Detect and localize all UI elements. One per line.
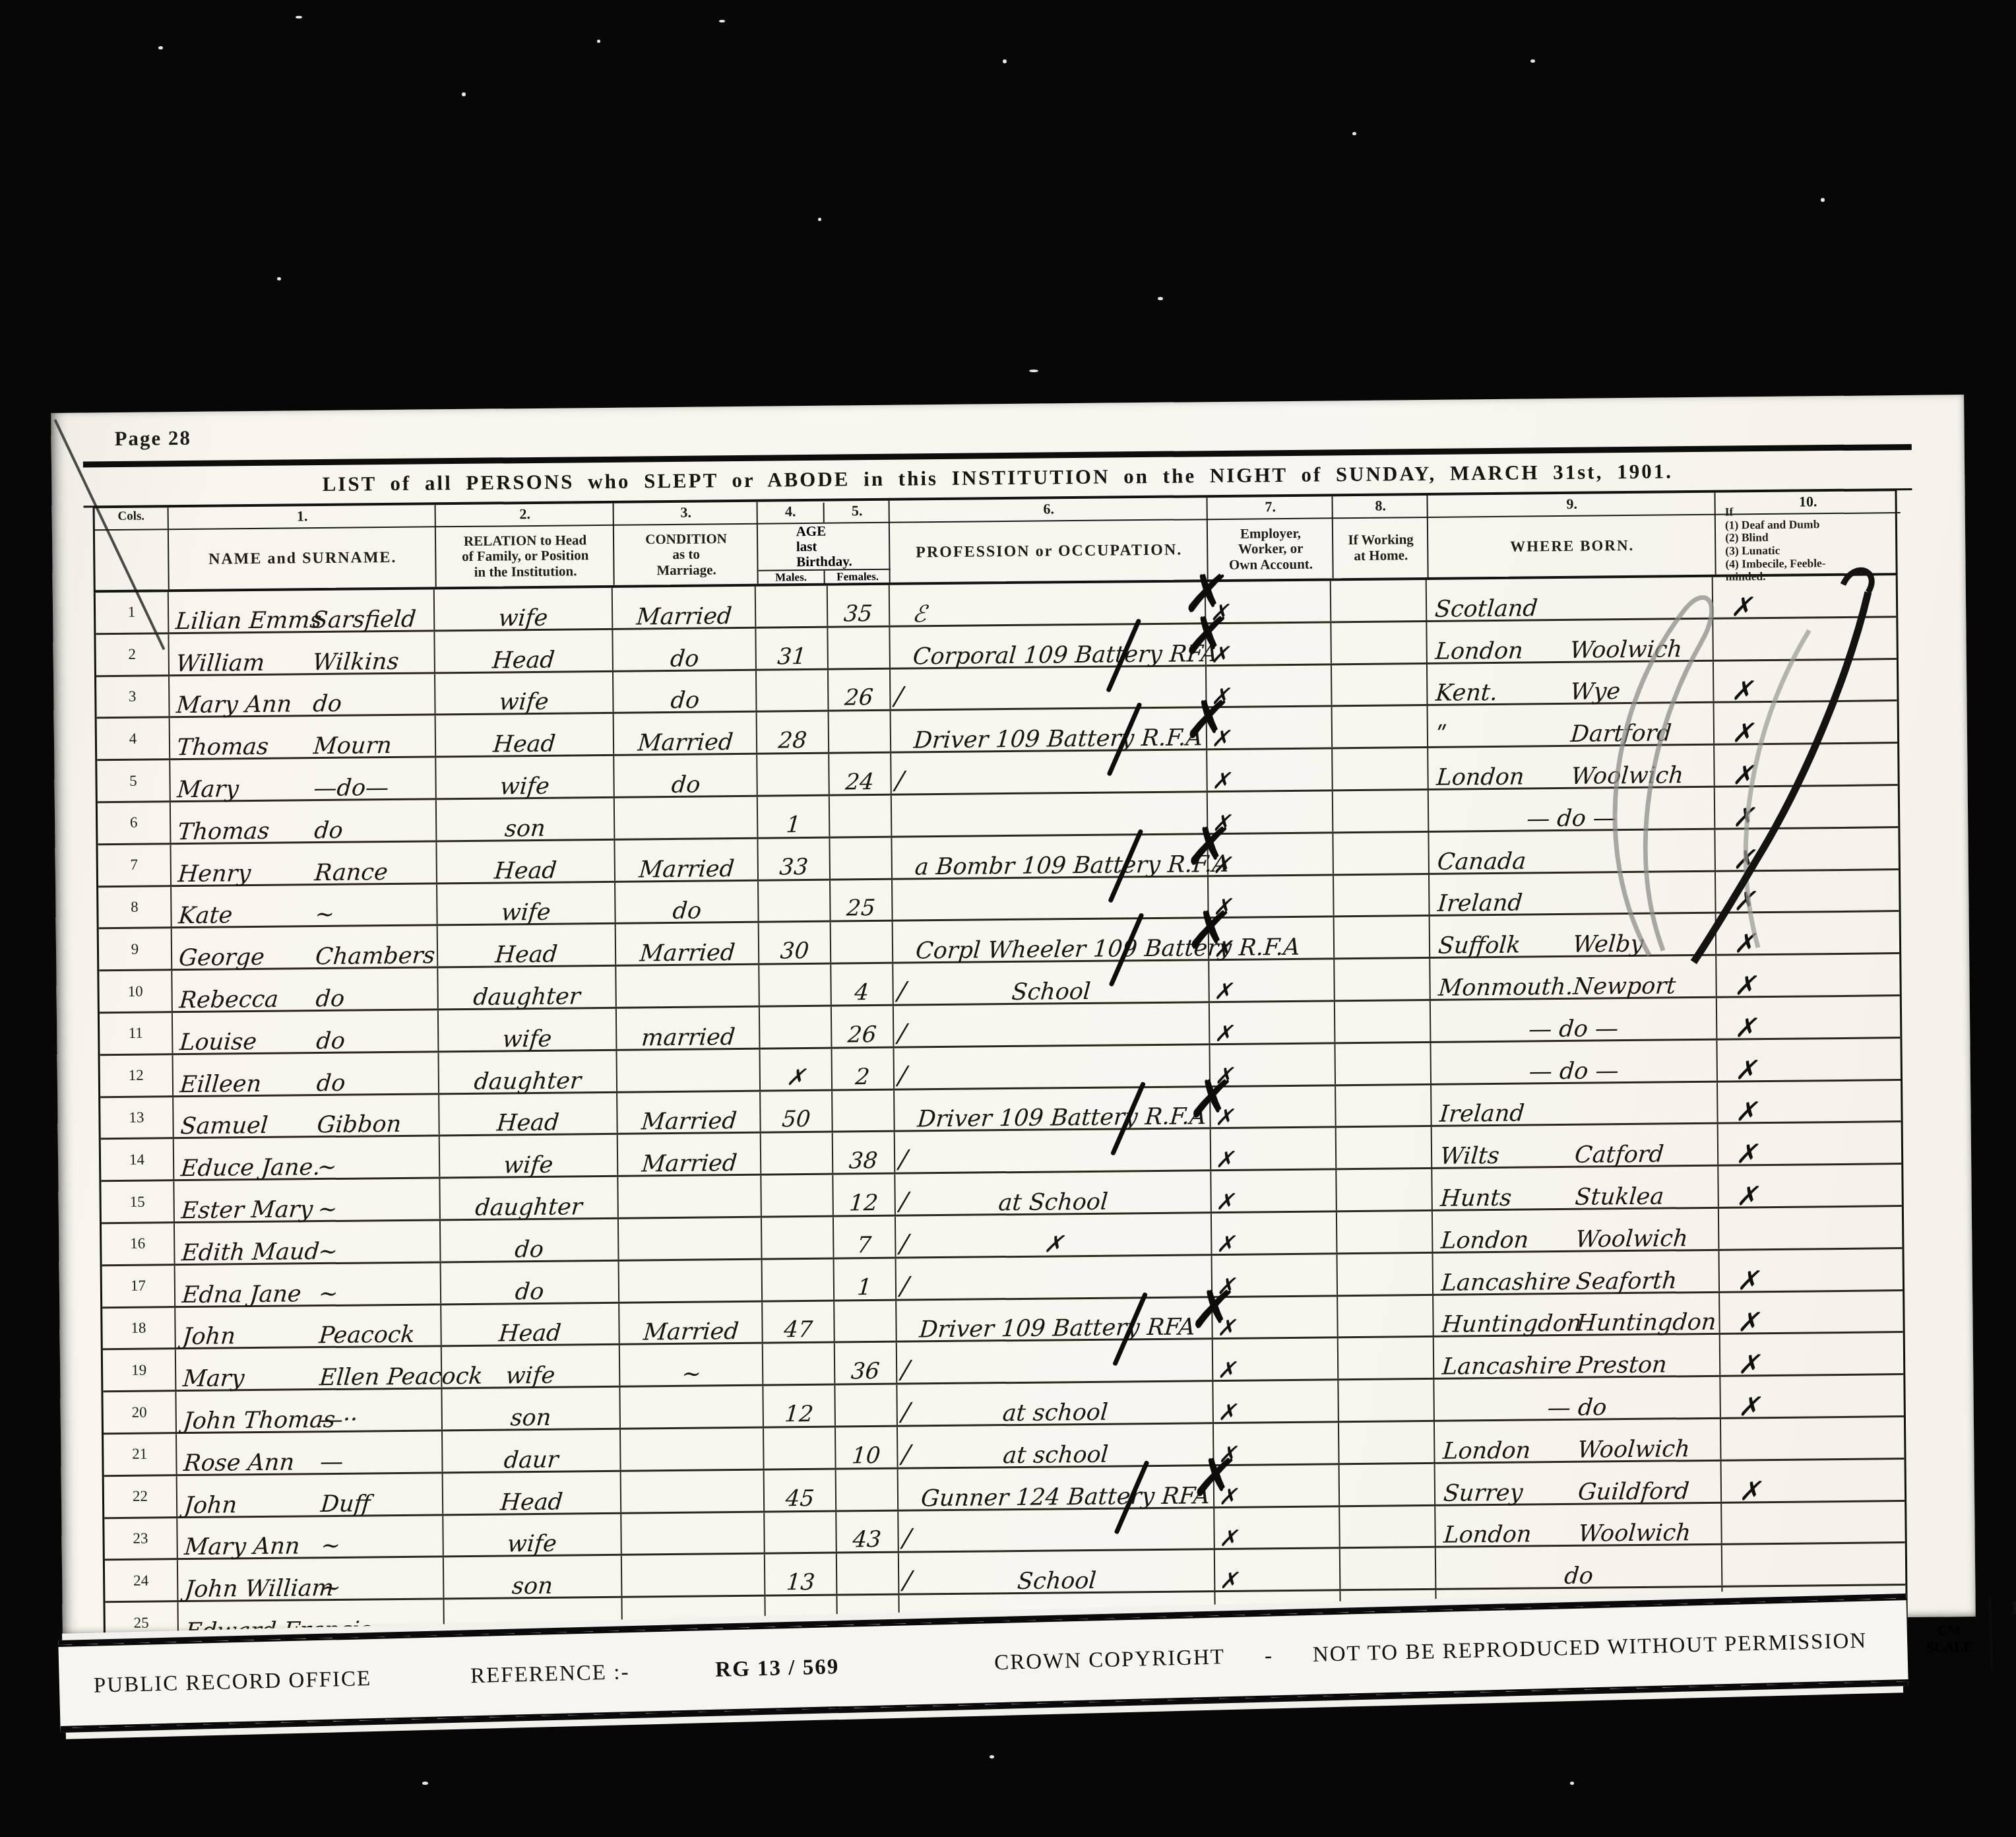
where-born-cell: Ireland [1430, 1082, 1717, 1125]
occupation-cell: / [893, 1045, 1209, 1088]
working-at-home-cell [1337, 1295, 1432, 1336]
born-county: Suffolk [1437, 932, 1521, 959]
row-number-cell: 14 [101, 1140, 173, 1180]
born-county: London [1435, 764, 1525, 791]
name-given: Samuel [179, 1112, 269, 1140]
age-female-cell [836, 1553, 898, 1594]
relation-value: son [436, 815, 615, 843]
age-female-value: 35 [827, 600, 889, 628]
occupation-cell: Gunner 124 Battery RFA [897, 1466, 1213, 1509]
infirmity-x-mark: ✗ [1734, 971, 1756, 1001]
age-female-value: 26 [828, 684, 890, 711]
row-number-cell: 6 [98, 802, 170, 843]
header-name: 1. NAME and SURNAME. [168, 505, 437, 589]
condition-value: Married [614, 855, 759, 883]
occupation-cell: Driver 109 Battery R.F.A [893, 1087, 1210, 1130]
age-male-cell [764, 1512, 836, 1553]
working-at-home-cell [1330, 622, 1426, 663]
working-at-home-cell [1337, 1254, 1432, 1295]
employer-cell: ✗✗ [1209, 1086, 1335, 1128]
condition-value: do [612, 687, 757, 715]
header-occupation: 6. PROFESSION or OCCUPATION. [889, 498, 1209, 583]
infirmity-cell [1720, 1417, 1905, 1459]
infirmity-x-mark: ✗ [1732, 802, 1755, 833]
pro-office-label: PUBLIC RECORD OFFICE [94, 1667, 372, 1698]
employer-x-mark: ✗ [1217, 1357, 1236, 1384]
age-male-cell [763, 1428, 835, 1469]
age-female-cell: 12 [833, 1175, 895, 1215]
condition-cell: Married [618, 1302, 762, 1343]
age-male-cell: 45 [763, 1469, 836, 1510]
infirmity-cell: ✗ [1718, 1249, 1903, 1291]
name-given: Rebecca [178, 986, 279, 1014]
row-number-cell: 13 [100, 1097, 173, 1138]
relation-cell: Head [442, 1471, 620, 1513]
infirmity-cell: ✗ [1718, 1291, 1903, 1333]
born-place: Huntingdon [1575, 1309, 1717, 1337]
row-number-cell: 7 [98, 845, 170, 886]
name-surname: ~ [320, 1575, 341, 1601]
where-born-cell: LondonWoolwich [1433, 1419, 1720, 1462]
where-born-cell: LondonWoolwich [1434, 1503, 1720, 1546]
occupation-cell: Corpl Wheeler 109 Battery R.F.A [891, 919, 1208, 962]
col8-number: 8. [1333, 497, 1428, 519]
employer-x-mark: ✗ [1216, 1189, 1235, 1215]
working-at-home-cell [1333, 833, 1428, 874]
col1-number: 1. [169, 506, 436, 530]
occupation-cell: Driver 109 Battery RFA [895, 1298, 1212, 1341]
age-male-cell: 13 [764, 1554, 836, 1595]
infirmity-x-mark: ✗ [1734, 1013, 1757, 1043]
born-place: Guildford [1577, 1478, 1690, 1506]
name-given: Henry [177, 860, 251, 887]
condition-cell [617, 1218, 761, 1260]
col4-number: 4. [758, 503, 823, 523]
relation-value: Head [436, 856, 615, 885]
name-given: John Thomas [182, 1407, 336, 1434]
condition-value: Married [617, 1150, 761, 1178]
crossed-out-mark: ✗ [1187, 1280, 1239, 1339]
relation-cell: Head [437, 924, 615, 966]
age-male-cell: 28 [756, 712, 829, 753]
age-male-cell: 33 [757, 838, 830, 879]
crossed-out-mark: ✗ [1189, 1448, 1241, 1508]
infirmity-cell: ✗ [1715, 954, 1900, 996]
relation-value: wife [438, 1025, 617, 1054]
born-place: Newport [1572, 973, 1677, 1000]
col8-label: If Working at Home. [1333, 518, 1429, 578]
relation-cell: Head [433, 630, 612, 672]
name-surname: Gibbon [316, 1111, 402, 1138]
age-male-value: 13 [765, 1569, 837, 1596]
employer-x-mark: ✗ [1218, 1526, 1238, 1552]
born-place: Dartford [1569, 721, 1672, 748]
age-female-value: 10 [835, 1442, 897, 1469]
employer-x-mark: ✗ [1219, 1568, 1238, 1594]
born-county: Wilts [1439, 1143, 1500, 1170]
infirmity-x-mark: ✗ [1731, 676, 1753, 707]
occupation-cell: /at school [896, 1382, 1213, 1425]
condition-value: married [615, 1023, 760, 1051]
crown-copyright-label: CROWN COPYRIGHT [994, 1645, 1226, 1675]
age-male-cell [762, 1343, 835, 1384]
where-born-cell: — do — [1428, 788, 1714, 831]
col3-label: CONDITION as to Marriage. [614, 525, 759, 585]
age-male-cell: ✗ [759, 1048, 832, 1089]
born-place: Seaforth [1575, 1268, 1678, 1295]
name-cell: John Thomas—·· [175, 1389, 441, 1432]
born-county: Monmouth. [1437, 974, 1574, 1002]
where-born-cell: Kent.Wye [1426, 661, 1713, 704]
occupation-slash: / [901, 1524, 912, 1553]
condition-cell: do [612, 670, 756, 712]
row-number-cell: 4 [97, 719, 170, 759]
name-given: Edith Maud [181, 1239, 321, 1266]
where-born-cell: HuntsStuklea [1431, 1167, 1717, 1209]
name-surname: Duff [319, 1491, 371, 1518]
working-at-home-cell [1338, 1380, 1433, 1421]
relation-cell: daughter [438, 1051, 616, 1093]
condition-cell [613, 797, 757, 839]
working-at-home-cell [1334, 1001, 1430, 1042]
employer-cell: ✗ [1210, 1128, 1336, 1170]
where-born-cell: — do [1433, 1377, 1719, 1420]
age-female-cell [830, 922, 892, 963]
relation-cell: Head [436, 841, 614, 882]
age-females-label: Females. [824, 570, 891, 584]
name-given: Louise [179, 1029, 258, 1056]
relation-value: wife [435, 688, 614, 717]
condition-cell: married [615, 1008, 759, 1049]
col3-number: 3. [614, 503, 758, 526]
born-place: Catford [1573, 1142, 1664, 1169]
infirmity-cell: ✗ [1711, 575, 1896, 617]
infirmity-cell: ✗ [1713, 702, 1897, 744]
age-male-cell [761, 1259, 834, 1300]
occupation-value: School [893, 977, 1210, 1007]
name-surname: Mourn [312, 732, 393, 759]
where-born-cell: do [1435, 1545, 1721, 1588]
crossed-out-mark: ✗ [1185, 1070, 1237, 1129]
census-table: Cols. 1. NAME and SURNAME. 2. RELATION t… [93, 489, 1908, 1683]
relation-value: Head [441, 1320, 619, 1348]
row-number-cell: 24 [105, 1561, 177, 1601]
age-male-cell [761, 1217, 833, 1258]
where-born-cell: SuffolkWelby [1428, 914, 1715, 957]
employer-cell: ✗✗ [1213, 1465, 1339, 1506]
infirmity-x-mark: ✗ [1733, 928, 1755, 959]
infirmity-cell: ✗ [1715, 912, 1899, 953]
census-sheet: Page 28 LIST of all PERSONS who SLEPT or… [51, 395, 1976, 1635]
name-given: John William [184, 1575, 335, 1603]
name-given: Educe Jane. [180, 1154, 321, 1182]
name-given: Mary [176, 776, 239, 803]
infirmity-cell: ✗ [1713, 744, 1898, 785]
condition-cell [617, 1260, 761, 1301]
age-male-cell: 31 [755, 628, 828, 668]
born-county: London [1443, 1522, 1532, 1549]
relation-value: daughter [439, 1194, 618, 1222]
age-male-value: 31 [756, 643, 829, 670]
relation-value: wife [437, 899, 615, 927]
born-place: — do — [1430, 1056, 1717, 1085]
employer-cell: ✗✗ [1206, 707, 1332, 749]
name-cell: Edith Maud~ [173, 1221, 440, 1264]
row-number-cell: 16 [102, 1223, 174, 1264]
age-female-cell [832, 1090, 894, 1131]
col2-number: 2. [436, 505, 614, 528]
relation-cell: wife [442, 1514, 620, 1555]
col9-number: 9. [1428, 494, 1715, 518]
employer-x-mark: ✗ [1218, 1400, 1237, 1426]
col9-label: WHERE BORN. [1428, 515, 1717, 577]
relation-value: Head [434, 646, 613, 674]
born-place: — do — [1430, 1015, 1717, 1044]
age-female-cell [835, 1385, 897, 1426]
occupation-cell: Driver 109 Battery R.F.A [889, 709, 1206, 752]
employer-cell: ✗ [1208, 960, 1334, 1002]
where-born-cell: Monmouth.Newport [1429, 956, 1715, 999]
infirmity-cell: ✗ [1715, 996, 1900, 1038]
age-female-cell [835, 1469, 897, 1510]
occupation-slash: / [897, 1018, 907, 1047]
name-surname: Chambers [314, 943, 435, 971]
age-male-value: ✗ [760, 1064, 833, 1091]
name-cell: Mary—do— [169, 758, 435, 801]
name-surname: —do— [313, 775, 390, 802]
condition-cell: ~ [618, 1344, 762, 1386]
condition-cell: Married [616, 1134, 760, 1175]
condition-cell [620, 1512, 764, 1554]
condition-cell: Married [611, 587, 755, 628]
name-given: Mary Ann [183, 1533, 301, 1561]
row-number-cell: 8 [98, 887, 171, 928]
age-male-cell: 1 [757, 796, 829, 837]
cm-ruler: 123456 [1988, 1587, 2016, 1670]
age-male-cell [759, 1007, 831, 1048]
name-surname: —·· [319, 1406, 358, 1433]
employer-x-mark: ✗ [1214, 1021, 1233, 1047]
age-female-cell: 4 [831, 964, 893, 1005]
infirmity-x-mark: ✗ [1738, 1476, 1761, 1506]
row-number-cell: 9 [99, 929, 172, 970]
name-cell: John William~ [177, 1558, 443, 1601]
working-at-home-cell [1332, 790, 1428, 831]
name-surname: — [319, 1449, 344, 1475]
cols-label: Cols. [95, 509, 168, 531]
employer-cell: ✗ [1210, 1170, 1336, 1211]
employer-cell: ✗✗ [1208, 918, 1334, 959]
page-number-label: Page 28 [114, 426, 191, 451]
row-number-cell: 5 [97, 760, 170, 801]
relation-value: wife [443, 1530, 621, 1559]
condition-cell [619, 1429, 763, 1470]
employer-cell: ✗ [1212, 1380, 1338, 1422]
born-place: — do [1433, 1394, 1720, 1423]
occupation-cell: ℰ [888, 582, 1205, 625]
infirmity-x-mark: ✗ [1732, 760, 1754, 790]
reference-value: RG 13 / 569 [715, 1655, 840, 1683]
infirmity-cell: ✗ [1717, 1165, 1902, 1206]
col7-number: 7. [1208, 498, 1333, 520]
condition-cell [619, 1470, 763, 1512]
infirmity-cell: ✗ [1713, 786, 1898, 827]
condition-cell [619, 1386, 763, 1428]
employer-cell: ✗ [1211, 1212, 1337, 1254]
working-at-home-cell [1337, 1337, 1433, 1378]
age-female-value: 36 [835, 1358, 897, 1385]
header-home: 8. If Working at Home. [1331, 496, 1428, 578]
age-female-cell [829, 838, 891, 879]
infirmity-x-mark: ✗ [1734, 1055, 1757, 1085]
condition-cell: Married [614, 839, 757, 880]
occupation-value: at School [895, 1188, 1212, 1217]
occupation-cell: / [893, 1130, 1210, 1173]
infirmity-cell: ✗ [1720, 1460, 1905, 1501]
infirmity-x-mark: ✗ [1730, 592, 1753, 622]
relation-value: wife [439, 1151, 618, 1180]
name-cell: SamuelGibbon [172, 1095, 439, 1138]
header-cols: Cols. [95, 507, 168, 590]
age-female-cell: 35 [827, 585, 889, 626]
name-surname: do [315, 1027, 346, 1054]
name-surname: do [313, 818, 344, 844]
scale-label: SCALE [1926, 1638, 1973, 1657]
infirmity-cell: ✗ [1714, 828, 1899, 870]
occupation-value: Gunner 124 Battery RFA [920, 1483, 1211, 1512]
col6-number: 6. [890, 499, 1208, 523]
occupation-value: Corporal 109 Battery RFA [912, 641, 1218, 670]
name-given: George [178, 944, 266, 971]
employer-x-mark: ✗ [1213, 979, 1232, 1005]
age-male-value: 12 [763, 1401, 836, 1428]
working-at-home-cell [1335, 1043, 1430, 1084]
working-at-home-cell [1333, 917, 1429, 957]
relation-value: daughter [437, 983, 616, 1012]
name-surname: ~ [320, 1533, 341, 1559]
occupation-slash: / [898, 1145, 908, 1174]
name-given: Mary [182, 1365, 245, 1392]
infirmity-x-mark: ✗ [1733, 887, 1755, 917]
occupation-value: Driver 109 Battery R.F.A [916, 1104, 1207, 1133]
name-surname: ~ [314, 901, 335, 928]
occupation-cell: /at School [894, 1171, 1211, 1214]
where-born-cell: — do — [1430, 1041, 1716, 1083]
age-female-cell: 10 [835, 1427, 897, 1468]
row-number-cell: 19 [103, 1350, 175, 1391]
condition-cell: Married [614, 923, 758, 965]
age-female-value: 1 [834, 1273, 896, 1301]
born-county: Kent. [1435, 680, 1499, 707]
born-place: Woolwich [1574, 1225, 1688, 1253]
name-cell: Lilian EmmsSarsfield [168, 589, 434, 632]
name-cell: ThomasMourn [169, 716, 435, 759]
infirmity-x-mark: ✗ [1736, 1181, 1758, 1211]
row-number-cell: 21 [104, 1434, 176, 1475]
row-number-cell: 1 [96, 592, 168, 633]
age-female-cell: 43 [836, 1511, 898, 1552]
sheet-title: LIST of all PERSONS who SLEPT or ABODE i… [322, 459, 1673, 496]
row-number-cell: 2 [96, 634, 168, 675]
condition-value: Married [615, 940, 759, 967]
age-male-value: 30 [759, 938, 831, 965]
where-born-cell: Canada [1428, 830, 1714, 873]
condition-value: do [614, 771, 758, 799]
table-rows: 1Lilian EmmsSarsfieldwifeMarried35ℰ✗✗Sco… [94, 575, 1908, 1645]
age-female-cell: 1 [833, 1258, 895, 1299]
working-at-home-cell [1339, 1548, 1435, 1589]
employer-cell: ✗✗ [1207, 833, 1333, 875]
where-born-cell: Scotland [1425, 577, 1711, 620]
condition-value: do [614, 897, 759, 925]
age-female-cell: 2 [831, 1048, 893, 1089]
age-female-cell: 24 [829, 754, 891, 794]
relation-cell: Head [440, 1303, 618, 1345]
age-female-cell [834, 1301, 896, 1341]
born-county: ʺ [1435, 723, 1447, 749]
name-cell: HenryRance [170, 842, 436, 885]
born-county: Ireland [1439, 1101, 1525, 1128]
relation-value: Head [437, 941, 616, 969]
occupation-slash: / [897, 1060, 908, 1089]
working-at-home-cell [1339, 1506, 1434, 1547]
occupation-cell: / [895, 1256, 1211, 1299]
where-born-cell: Ireland [1428, 872, 1715, 915]
relation-value: daughter [438, 1067, 617, 1095]
age-male-value: 45 [764, 1485, 836, 1512]
relation-value: Head [439, 1109, 617, 1138]
condition-value: ~ [619, 1361, 763, 1388]
name-surname: ~ [316, 1154, 337, 1180]
age-female-value: 43 [836, 1526, 898, 1553]
name-given: Ester Mary [180, 1196, 313, 1224]
age-male-value: 47 [762, 1316, 835, 1343]
condition-value: Married [612, 603, 756, 631]
born-county: Lancashire [1440, 1268, 1571, 1296]
age-male-cell [757, 754, 829, 795]
name-cell: Louisedo [172, 1010, 438, 1053]
infirmity-cell: ✗ [1716, 1039, 1901, 1080]
name-surname: do [315, 1070, 346, 1096]
occupation-cell: / [889, 666, 1206, 709]
age-male-cell: 12 [763, 1386, 835, 1427]
where-born-cell: LancashireSeaforth [1432, 1251, 1718, 1294]
infirmity-cell: ✗ [1718, 1333, 1903, 1374]
relation-cell: son [435, 798, 614, 840]
header-infirmity: 10. If (1) Deaf and Dumb (2) Blind (3) L… [1714, 491, 1901, 575]
ruler-cell: 1 [1988, 1595, 2016, 1670]
col1-label: NAME and SURNAME. [169, 527, 437, 589]
occupation-slash: / [893, 682, 904, 711]
name-given: Mary Ann [175, 692, 293, 719]
condition-cell: do [614, 881, 758, 922]
name-given: William [175, 649, 265, 676]
where-born-cell: HuntingdonHuntingdon [1432, 1293, 1718, 1336]
infirmity-x-mark: ✗ [1735, 1097, 1757, 1128]
age-female-cell [827, 628, 889, 668]
born-place: Preston [1575, 1352, 1668, 1379]
working-at-home-cell [1335, 1127, 1431, 1168]
employer-cell: ✗ [1206, 750, 1332, 791]
working-at-home-cell [1333, 959, 1429, 1000]
crossed-out-mark: ✗ [1184, 901, 1236, 960]
born-county: Lancashire [1441, 1353, 1572, 1380]
relation-cell: do [440, 1262, 618, 1303]
age-female-value: 2 [832, 1063, 894, 1090]
born-county: London [1440, 1227, 1530, 1254]
working-at-home-cell [1336, 1211, 1432, 1252]
relation-value: wife [434, 604, 613, 633]
